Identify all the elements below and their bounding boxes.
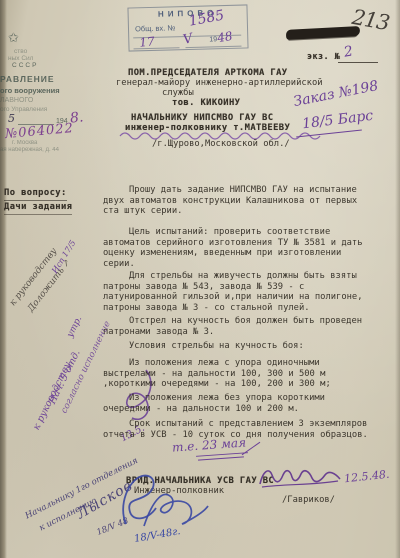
gavrikov-signature: [256, 464, 344, 492]
letterhead-main-fragment: ЛАВНОГО: [0, 97, 33, 104]
body-paragraph-6: Из положения лежа с упора одиночными выс…: [103, 358, 375, 390]
letterhead-ussr: СССР: [12, 62, 38, 69]
signature-date-handwritten: 12.5.48.: [343, 468, 390, 486]
subject-label: По вопросу:: [4, 188, 67, 201]
intake-year-handwritten: 48: [216, 29, 233, 45]
intake-reg-label: Общ. вх. №: [135, 23, 176, 33]
margin-note-mid-1: утр.: [66, 315, 85, 340]
subject-value: Дачи задания: [4, 202, 72, 215]
letterhead-date-day: 5: [8, 112, 15, 125]
recipient-line-5: НАЧАЛЬНИКУ НИПСМВО ГАУ ВС: [131, 113, 273, 124]
letterhead-forces-fragment: ных Сил: [8, 55, 33, 62]
scanned-document-page: НИПОВО Общ. вх. № 1585 17 V 19 48 213 эк…: [0, 0, 400, 558]
copy-underline: [338, 62, 378, 63]
copy-value-handwritten: 2: [343, 43, 355, 60]
body-paragraph-4: Отстрел на кучность боя должен быть пров…: [103, 316, 375, 337]
recipient-line-1: ПОМ.ПРЕДСЕДАТЕЛЯ АРТКОМА ГАУ: [128, 68, 288, 79]
body-paragraph-7: Из положения лежа без упора короткими оч…: [103, 393, 375, 414]
body-paragraph-1: Прошу дать задание НИПСМВО ГАУ на испыта…: [103, 185, 375, 217]
star-icon: ✩: [8, 30, 19, 46]
letterhead-ministry-fragment: ство: [14, 48, 27, 55]
letterhead-address-fragment: ая набережная, д. 44: [0, 147, 59, 153]
intake-year-printed: 19: [209, 36, 217, 43]
intake-date-month-handwritten: V: [182, 31, 195, 48]
body-paragraph-5: Условия стрельбы на кучность боя:: [103, 341, 375, 352]
deadline-underline-2: [198, 456, 244, 460]
redaction-blot: [286, 26, 360, 40]
letterhead-armament-fragment: ого вооружения: [0, 86, 60, 95]
body-paragraph-3: Для стрельбы на живучесть должны быть вз…: [103, 271, 375, 313]
recipient-line-7: /г.Щурово,Московской обл./: [152, 139, 290, 150]
letterhead-directorate-fragment: РАВЛЕНИЕ: [0, 74, 55, 84]
intake-underline-1: [134, 47, 180, 49]
body-paragraph-2: Цель испытаний: проверить соответствие а…: [103, 227, 375, 269]
intake-underline-2: [185, 46, 241, 48]
date-signature-handwritten: 18/5 Барс: [301, 108, 374, 133]
letterhead-stamp: ✩ ство ных Сил СССР РАВЛЕНИЕ ого вооруже…: [0, 28, 96, 158]
intake-stamp: НИПОВО Общ. вх. № 1585 17 V 19 48: [127, 4, 248, 51]
recipient-line-4: тов. КИКОИНУ: [172, 98, 240, 109]
signer-name-typed: /Гавриков/: [282, 495, 335, 506]
recipient-line-2: генерал-майору инженерно-артиллерийской: [116, 78, 323, 89]
recipient-line-3: службы: [162, 88, 194, 99]
copy-label: экз. №: [307, 52, 340, 63]
letterhead-city: г. Москва: [12, 140, 37, 146]
